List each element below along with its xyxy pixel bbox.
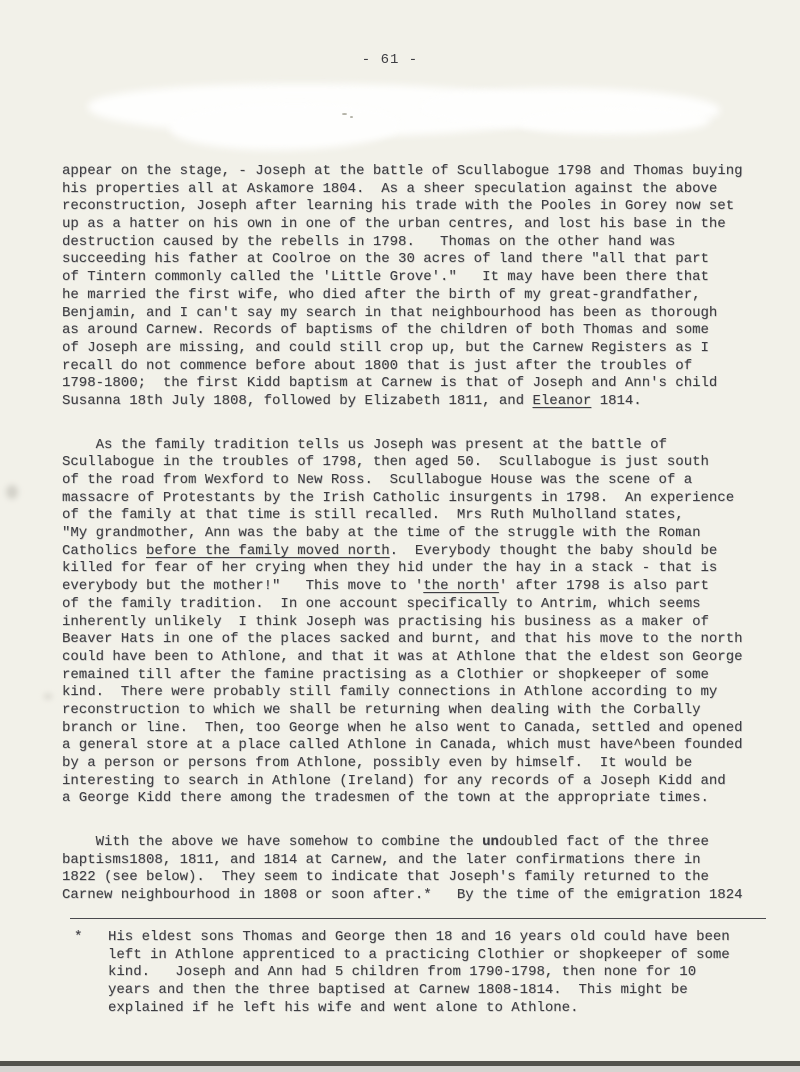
text-segment: massacre of Protestants by the Irish Cat…	[62, 490, 734, 506]
paragraph: appear on the stage, - Joseph at the bat…	[62, 163, 772, 411]
text-line: explained if he left his wife and went a…	[108, 1000, 768, 1018]
text-segment: of the road from Wexford to New Ross. Sc…	[62, 472, 692, 488]
text-line: by a person or persons from Athlone, pos…	[62, 755, 772, 773]
text-segment: years and then the three baptised at Car…	[108, 982, 688, 998]
text-line: reconstruction, Joseph after learning hi…	[62, 198, 772, 216]
scan-smudge	[44, 694, 52, 699]
text-line: up as a hatter on his own in one of the …	[62, 216, 772, 234]
text-line: years and then the three baptised at Car…	[108, 982, 768, 1000]
text-segment: reconstruction to which we shall be retu…	[62, 702, 701, 718]
footnote-divider	[70, 918, 766, 919]
text-line: of Tintern commonly called the 'Little G…	[62, 269, 772, 287]
text-segment: recall do not commence before about 1800…	[62, 358, 692, 374]
text-segment: baptisms1808, 1811, and 1814 at Carnew, …	[62, 852, 701, 868]
paragraph: With the above we have somehow to combin…	[62, 834, 772, 905]
footnote: His eldest sons Thomas and George then 1…	[108, 929, 768, 1017]
text-segment: appear on the stage, - Joseph at the bat…	[62, 163, 743, 179]
text-line: of the family tradition. In one account …	[62, 596, 772, 614]
document-page: - 61 - appear on the stage, - Joseph at …	[0, 0, 800, 1072]
text-segment: doubled fact of the three	[499, 834, 709, 850]
text-line: Carnew neighbourhood in 1808 or soon aft…	[62, 887, 772, 905]
document-body: appear on the stage, - Joseph at the bat…	[62, 163, 772, 931]
emphasized-text: un	[482, 834, 499, 850]
text-segment: 1798-1800; the first Kidd baptism at Car…	[62, 375, 717, 391]
text-line: Catholics before the family moved north.…	[62, 543, 772, 561]
text-line: branch or line. Then, too George when he…	[62, 720, 772, 738]
text-line: kind. Joseph and Ann had 5 children from…	[108, 964, 768, 982]
underlined-text: the north	[423, 578, 499, 594]
text-line: inherently unlikely I think Joseph was p…	[62, 614, 772, 632]
text-segment: "My grandmother, Ann was the baby at the…	[62, 525, 701, 541]
paragraph: As the family tradition tells us Joseph …	[62, 437, 772, 808]
text-segment: interesting to search in Athlone (Irelan…	[62, 773, 726, 789]
text-segment: . Everybody thought the baby should be	[390, 543, 718, 559]
text-line: massacre of Protestants by the Irish Cat…	[62, 490, 772, 508]
text-segment: Scullabogue in the troubles of 1798, the…	[62, 454, 709, 470]
underlined-text: before the family moved north	[146, 543, 390, 559]
scan-smudge	[6, 485, 18, 499]
text-line: Scullabogue in the troubles of 1798, the…	[62, 454, 772, 472]
text-line: His eldest sons Thomas and George then 1…	[108, 929, 768, 947]
text-segment: killed for fear of her crying when they …	[62, 560, 717, 576]
text-line: reconstruction to which we shall be retu…	[62, 702, 772, 720]
text-line: everybody but the mother!" This move to …	[62, 578, 772, 596]
text-segment: kind. Joseph and Ann had 5 children from…	[108, 964, 696, 980]
text-line: of Joseph are missing, and could still c…	[62, 340, 772, 358]
text-line: 1822 (see below). They seem to indicate …	[62, 869, 772, 887]
text-line: 1798-1800; the first Kidd baptism at Car…	[62, 375, 772, 393]
text-line: Benjamin, and I can't say my search in t…	[62, 305, 772, 323]
text-segment: As the family tradition tells us Joseph …	[62, 437, 667, 453]
text-segment: Benjamin, and I can't say my search in t…	[62, 305, 717, 321]
text-line: With the above we have somehow to combin…	[62, 834, 772, 852]
whiteout-blob	[520, 108, 710, 134]
text-line: kind. There were probably still family c…	[62, 684, 772, 702]
text-segment: as around Carnew. Records of baptisms of…	[62, 322, 709, 338]
text-segment: inherently unlikely I think Joseph was p…	[62, 614, 709, 630]
text-segment: Carnew neighbourhood in 1808 or soon aft…	[62, 887, 743, 903]
text-segment: of the family tradition. In one account …	[62, 596, 701, 612]
text-line: he married the first wife, who died afte…	[62, 287, 772, 305]
text-segment: of Tintern commonly called the 'Little G…	[62, 269, 709, 285]
text-segment: ' after 1798 is also part	[499, 578, 709, 594]
text-line: killed for fear of her crying when they …	[62, 560, 772, 578]
text-segment: reconstruction, Joseph after learning hi…	[62, 198, 734, 214]
text-segment: Catholics	[62, 543, 146, 559]
text-segment: Beaver Hats in one of the places sacked …	[62, 631, 743, 647]
text-line: remained till after the famine practisin…	[62, 667, 772, 685]
text-segment: explained if he left his wife and went a…	[108, 1000, 578, 1016]
text-segment: of the family at that time is still reca…	[62, 507, 684, 523]
text-segment: a general store at a place called Athlon…	[62, 737, 743, 753]
text-line: As the family tradition tells us Joseph …	[62, 437, 772, 455]
text-line: of the road from Wexford to New Ross. Sc…	[62, 472, 772, 490]
text-segment: of Joseph are missing, and could still c…	[62, 340, 709, 356]
text-segment: a George Kidd there among the tradesmen …	[62, 790, 709, 806]
text-line: could have been to Athlone, and that it …	[62, 649, 772, 667]
text-line: destruction caused by the rebells in 179…	[62, 234, 772, 252]
text-line: succeeding his father at Coolroe on the …	[62, 251, 772, 269]
text-line: a George Kidd there among the tradesmen …	[62, 790, 772, 808]
text-line: a general store at a place called Athlon…	[62, 737, 772, 755]
text-segment: 1814.	[591, 393, 641, 409]
text-line: recall do not commence before about 1800…	[62, 358, 772, 376]
text-segment: he married the first wife, who died afte…	[62, 287, 701, 303]
text-line: "My grandmother, Ann was the baby at the…	[62, 525, 772, 543]
text-segment: 1822 (see below). They seem to indicate …	[62, 869, 709, 885]
text-segment: With the above we have somehow to combin…	[62, 834, 482, 850]
text-segment: Susanna 18th July 1808, followed by Eliz…	[62, 393, 532, 409]
text-line: Beaver Hats in one of the places sacked …	[62, 631, 772, 649]
text-segment: succeeding his father at Coolroe on the …	[62, 251, 709, 267]
text-line: his properties all at Askamore 1804. As …	[62, 181, 772, 199]
text-line: baptisms1808, 1811, and 1814 at Carnew, …	[62, 852, 772, 870]
page-number: - 61 -	[0, 52, 780, 68]
text-segment: left in Athlone apprenticed to a practic…	[108, 947, 730, 963]
text-line: appear on the stage, - Joseph at the bat…	[62, 163, 772, 181]
underlined-text: Eleanor	[532, 393, 591, 409]
scan-bottom-margin	[0, 1066, 800, 1072]
scan-speck	[342, 113, 347, 115]
text-segment: kind. There were probably still family c…	[62, 684, 717, 700]
text-segment: up as a hatter on his own in one of the …	[62, 216, 726, 232]
text-segment: everybody but the mother!" This move to …	[62, 578, 423, 594]
text-line: as around Carnew. Records of baptisms of…	[62, 322, 772, 340]
footnote-marker: *	[74, 929, 82, 945]
whiteout-blob	[170, 104, 400, 150]
text-segment: his properties all at Askamore 1804. As …	[62, 181, 717, 197]
text-segment: remained till after the famine practisin…	[62, 667, 709, 683]
text-segment: His eldest sons Thomas and George then 1…	[108, 929, 730, 945]
text-segment: by a person or persons from Athlone, pos…	[62, 755, 692, 771]
text-segment: could have been to Athlone, and that it …	[62, 649, 743, 665]
text-line: of the family at that time is still reca…	[62, 507, 772, 525]
text-line: Susanna 18th July 1808, followed by Eliz…	[62, 393, 772, 411]
text-segment: branch or line. Then, too George when he…	[62, 720, 743, 736]
text-line: left in Athlone apprenticed to a practic…	[108, 947, 768, 965]
text-line: interesting to search in Athlone (Irelan…	[62, 773, 772, 791]
scan-speck	[350, 116, 353, 118]
text-segment: destruction caused by the rebells in 179…	[62, 234, 675, 250]
